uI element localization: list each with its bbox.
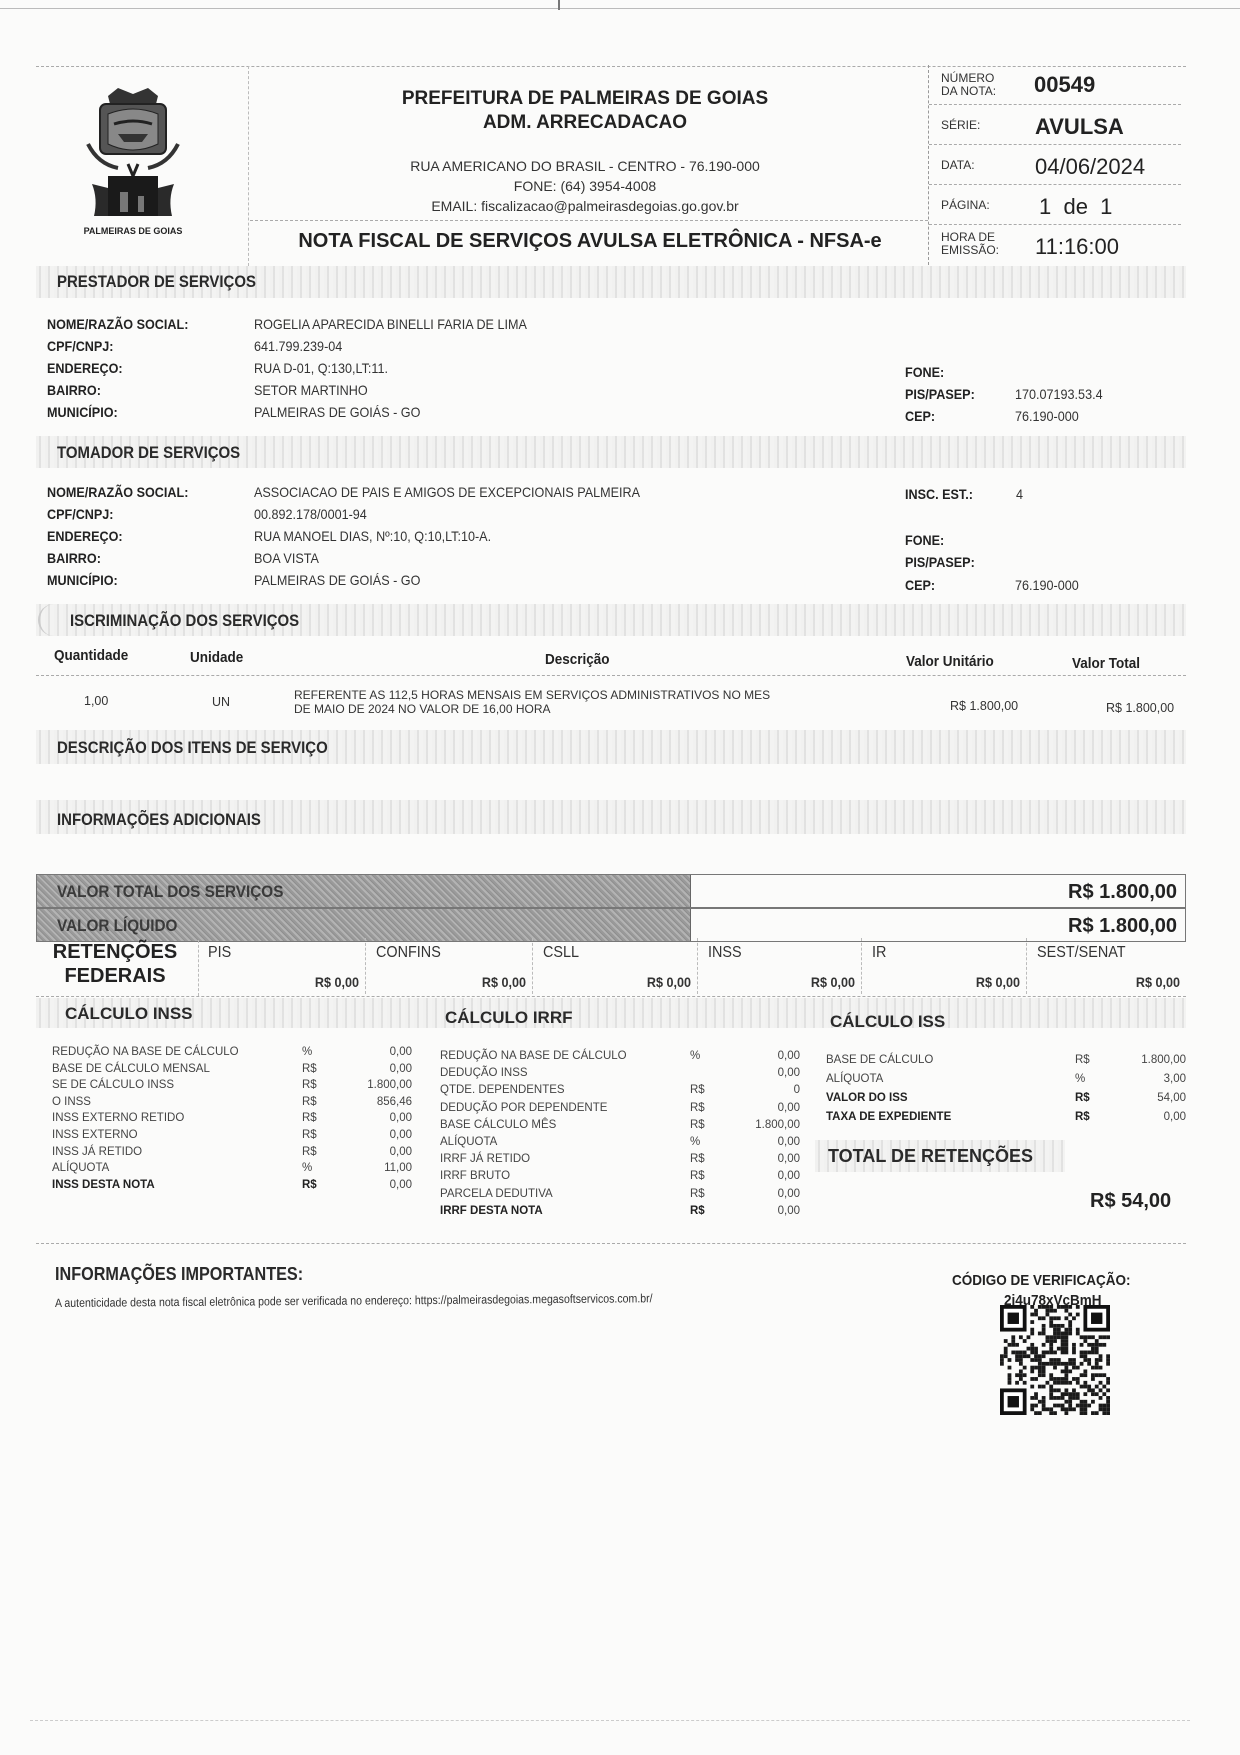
row-descricao-line2: DE MAIO DE 2024 NO VALOR DE 16,00 HORA (294, 702, 551, 716)
retencoes-title: RETENÇÕESFEDERAIS (40, 940, 190, 988)
divider (250, 220, 928, 221)
serie-label: SÉRIE: (941, 119, 980, 132)
meta-data: DATA: 04/06/2024 (929, 145, 1181, 185)
divider (36, 1243, 1186, 1244)
calc-value: 0,00 (720, 1188, 800, 1200)
retencao-value: R$ 0,00 (315, 974, 359, 990)
tomador-municipio: PALMEIRAS DE GOIÁS - GO (254, 572, 420, 588)
calc-value: 0,00 (720, 1067, 800, 1079)
org-email: EMAIL: fiscalizacao@palmeirasdegoias.go.… (330, 198, 840, 214)
prestador-endereco: RUA D-01, Q:130,LT:11. (254, 360, 388, 376)
org-department: ADM. ARRECADACAO (330, 112, 840, 134)
calc-value: 0,00 (720, 1136, 800, 1148)
calc-unit: % (302, 1046, 312, 1058)
prestador-cep-label: CEP: (905, 408, 935, 424)
section-band (36, 998, 1186, 1028)
document-title: NOTA FISCAL DE SERVIÇOS AVULSA ELETRÔNIC… (280, 230, 900, 253)
tomador-nome-label: NOME/RAZÃO SOCIAL: (47, 484, 188, 500)
calc-unit: % (302, 1162, 312, 1174)
tomador-title: TOMADOR DE SERVIÇOS (57, 443, 240, 463)
tomador-insc: 4 (1016, 486, 1023, 502)
valor-liquido-label: VALOR LÍQUIDO (57, 916, 177, 936)
informacoes-importantes-title: INFORMAÇÕES IMPORTANTES: (55, 1264, 303, 1285)
tomador-endereco: RUA MANOEL DIAS, Nº:10, Q:10,LT:10-A. (254, 528, 491, 544)
calc-unit: R$ (1075, 1092, 1090, 1104)
retencao-value: R$ 0,00 (1136, 974, 1180, 990)
calc-value: 54,00 (1106, 1092, 1186, 1104)
calc-unit: % (690, 1136, 700, 1148)
valor-total-row: VALOR TOTAL DOS SERVIÇOS R$ 1.800,00 (36, 874, 1186, 908)
calc-label: ALÍQUOTA (52, 1162, 109, 1174)
prestador-bairro: SETOR MARTINHO (254, 382, 368, 398)
retencao-pis: PISR$ 0,00 (198, 938, 366, 994)
calc-label: PARCELA DEDUTIVA (440, 1188, 553, 1200)
valor-liquido-value: R$ 1.800,00 (1068, 915, 1177, 938)
org-name: PREFEITURA DE PALMEIRAS DE GOIAS (330, 88, 840, 110)
valor-total-value: R$ 1.800,00 (1068, 881, 1177, 904)
calc-unit: R$ (302, 1179, 317, 1191)
calc-label: ALÍQUOTA (440, 1136, 497, 1148)
calc-unit: R$ (302, 1096, 317, 1108)
data-label: DATA: (941, 159, 975, 172)
calc-unit: R$ (302, 1079, 317, 1091)
col-quantidade: Quantidade (54, 647, 128, 664)
calc-label: DEDUÇÃO POR DEPENDENTE (440, 1102, 607, 1114)
tomador-bairro-label: BAIRRO: (47, 550, 101, 566)
calc-unit: R$ (690, 1205, 705, 1217)
calculo-iss-title: CÁLCULO ISS (830, 1012, 945, 1032)
total-retencoes-value: R$ 54,00 (1090, 1190, 1171, 1213)
calc-unit: R$ (690, 1084, 705, 1096)
calc-unit: R$ (302, 1063, 317, 1075)
calc-unit: % (690, 1050, 700, 1062)
calc-value: 0,00 (720, 1205, 800, 1217)
total-retencoes-title: TOTAL DE RETENÇÕES (828, 1146, 1033, 1167)
divider (36, 675, 1186, 676)
calc-label: BASE DE CÁLCULO (826, 1054, 933, 1066)
calc-label: INSS EXTERNO (52, 1129, 138, 1141)
calc-label: BASE CÁLCULO MÊS (440, 1119, 556, 1131)
col-unidade: Unidade (190, 649, 243, 666)
divider (248, 66, 249, 266)
scan-top-edge (0, 8, 1240, 9)
calc-value: 11,00 (332, 1162, 412, 1174)
calc-value: 0,00 (332, 1063, 412, 1075)
calc-value: 0,00 (332, 1179, 412, 1191)
prestador-fone-label: FONE: (905, 364, 944, 380)
calc-unit: R$ (690, 1153, 705, 1165)
row-unidade: UN (212, 695, 230, 709)
prestador-pis-label: PIS/PASEP: (905, 386, 975, 402)
calc-value: 0 (720, 1084, 800, 1096)
calc-unit: R$ (690, 1119, 705, 1131)
tomador-cep-label: CEP: (905, 577, 935, 593)
col-descricao: Descrição (545, 651, 610, 668)
calc-value: 0,00 (720, 1170, 800, 1182)
retencao-inss: INSSR$ 0,00 (698, 938, 862, 994)
tomador-cpf-label: CPF/CNPJ: (47, 506, 114, 522)
meta-serie: SÉRIE: AVULSA (929, 105, 1181, 145)
pagina-label: PÁGINA: (941, 199, 990, 212)
retencao-value: R$ 0,00 (647, 974, 691, 990)
divider (36, 996, 1186, 997)
tomador-fone-label: FONE: (905, 532, 944, 548)
calc-value: 1.800,00 (1106, 1054, 1186, 1066)
col-valor-unitario: Valor Unitário (906, 653, 994, 670)
calc-value: 0,00 (332, 1129, 412, 1141)
retencao-confins: CONFINSR$ 0,00 (366, 938, 533, 994)
calc-label: REDUÇÃO NA BASE DE CÁLCULO (440, 1050, 627, 1062)
calc-label: IRRF DESTA NOTA (440, 1205, 543, 1217)
prestador-cpf-label: CPF/CNPJ: (47, 338, 114, 354)
calc-label: REDUÇÃO NA BASE DE CÁLCULO (52, 1046, 239, 1058)
calc-value: 1.800,00 (332, 1079, 412, 1091)
logo-caption: PALMEIRAS DE GOIAS (70, 226, 196, 236)
calculo-inss-title: CÁLCULO INSS (65, 1004, 193, 1024)
calculo-irrf-title: CÁLCULO IRRF (445, 1008, 572, 1028)
org-phone: FONE: (64) 3954-4008 (330, 178, 840, 194)
calc-value: 1.800,00 (720, 1119, 800, 1131)
row-valor-unitario: R$ 1.800,00 (950, 699, 1018, 713)
servicos-title: ISCRIMINAÇÃO DOS SERVIÇOS (70, 611, 299, 631)
retencao-name: IR (872, 944, 886, 962)
prestador-nome: ROGELIA APARECIDA BINELLI FARIA DE LIMA (254, 316, 527, 332)
prestador-bairro-label: BAIRRO: (47, 382, 101, 398)
retencao-sest-senat: SEST/SENATR$ 0,00 (1027, 938, 1186, 994)
calc-unit: % (1075, 1073, 1085, 1085)
row-descricao-line1: REFERENTE AS 112,5 HORAS MENSAIS EM SERV… (294, 688, 770, 702)
row-valor-total: R$ 1.800,00 (1106, 701, 1174, 715)
calc-value: 3,00 (1106, 1073, 1186, 1085)
page-bottom-edge (30, 1720, 1190, 1721)
hora-label: HORA DEEMISSÃO: (941, 231, 999, 257)
prestador-cep: 76.190-000 (1015, 408, 1079, 424)
calc-value: 0,00 (720, 1102, 800, 1114)
calc-value: 0,00 (1106, 1111, 1186, 1123)
prestador-title: PRESTADOR DE SERVIÇOS (57, 272, 256, 292)
retencao-ir: IRR$ 0,00 (862, 938, 1027, 994)
calc-unit: R$ (302, 1129, 317, 1141)
tomador-insc-label: INSC. EST.: (905, 486, 973, 502)
retencao-csll: CSLLR$ 0,00 (533, 938, 698, 994)
col-valor-total: Valor Total (1072, 655, 1140, 672)
retencao-name: PIS (208, 944, 231, 962)
retencao-name: INSS (708, 944, 742, 962)
valor-total-label: VALOR TOTAL DOS SERVIÇOS (57, 882, 283, 902)
calc-unit: R$ (690, 1170, 705, 1182)
calc-label: TAXA DE EXPEDIENTE (826, 1111, 951, 1123)
prestador-municipio: PALMEIRAS DE GOIÁS - GO (254, 404, 420, 420)
calc-unit: R$ (1075, 1054, 1090, 1066)
punch-hole-mark (38, 604, 68, 636)
calc-label: INSS DESTA NOTA (52, 1179, 155, 1191)
prestador-cpf: 641.799.239-04 (254, 338, 342, 354)
calc-unit: R$ (690, 1188, 705, 1200)
calc-label: INSS EXTERNO RETIDO (52, 1112, 184, 1124)
calc-value: 0,00 (720, 1050, 800, 1062)
data-value: 04/06/2024 (1035, 154, 1145, 180)
tomador-nome: ASSOCIACAO DE PAIS E AMIGOS DE EXCEPCION… (254, 484, 640, 500)
calc-label: QTDE. DEPENDENTES (440, 1084, 565, 1096)
descricao-itens-title: DESCRIÇÃO DOS ITENS DE SERVIÇO (57, 738, 328, 758)
prestador-endereco-label: ENDEREÇO: (47, 360, 123, 376)
calc-label: IRRF BRUTO (440, 1170, 510, 1182)
calc-label: INSS JÁ RETIDO (52, 1146, 142, 1158)
numero-label: NÚMERODA NOTA: (941, 72, 996, 98)
tomador-cep: 76.190-000 (1015, 577, 1079, 593)
tomador-pis-label: PIS/PASEP: (905, 554, 975, 570)
calc-label: BASE DE CÁLCULO MENSAL (52, 1063, 210, 1075)
row-quantidade: 1,00 (84, 694, 108, 708)
prestador-pis: 170.07193.53.4 (1015, 386, 1103, 402)
calc-label: DEDUÇÃO INSS (440, 1067, 528, 1079)
calc-unit: R$ (1075, 1111, 1090, 1123)
nfsa-document-page: PALMEIRAS DE GOIAS PREFEITURA DE PALMEIR… (0, 0, 1240, 1755)
verification-label: CÓDIGO DE VERIFICAÇÃO: (952, 1272, 1131, 1289)
prestador-municipio-label: MUNICÍPIO: (47, 404, 118, 420)
calc-value: 0,00 (332, 1112, 412, 1124)
scan-mark (558, 0, 560, 10)
calc-label: SE DE CÁLCULO INSS (52, 1079, 174, 1091)
calc-value: 0,00 (332, 1146, 412, 1158)
retencao-value: R$ 0,00 (976, 974, 1020, 990)
meta-pagina: PÁGINA: 1 de 1 (929, 185, 1181, 225)
note-metadata-box: NÚMERODA NOTA: 00549 SÉRIE: AVULSA DATA:… (928, 65, 1180, 265)
retencao-value: R$ 0,00 (482, 974, 526, 990)
calc-label: VALOR DO ISS (826, 1092, 908, 1104)
qr-code-icon[interactable] (1000, 1305, 1110, 1415)
hora-value: 11:16:00 (1035, 234, 1119, 260)
retencao-name: CSLL (543, 944, 579, 962)
pagina-value: 1 de 1 (1039, 194, 1112, 220)
numero-value: 00549 (1034, 72, 1095, 98)
tomador-endereco-label: ENDEREÇO: (47, 528, 123, 544)
prestador-nome-label: NOME/RAZÃO SOCIAL: (47, 316, 188, 332)
informacoes-adicionais-title: INFORMAÇÕES ADICIONAIS (57, 810, 261, 830)
authenticity-text: A autenticidade desta nota fiscal eletrô… (55, 1291, 653, 1310)
valor-liquido-row: VALOR LÍQUIDO R$ 1.800,00 (36, 908, 1186, 942)
calc-unit: R$ (690, 1102, 705, 1114)
retencao-value: R$ 0,00 (811, 974, 855, 990)
tomador-municipio-label: MUNICÍPIO: (47, 572, 118, 588)
retencao-name: CONFINS (376, 944, 441, 962)
calc-label: O INSS (52, 1096, 91, 1108)
municipal-coat-of-arms-icon (78, 84, 188, 242)
calc-value: 0,00 (720, 1153, 800, 1165)
tomador-bairro: BOA VISTA (254, 550, 319, 566)
calc-value: 856,46 (332, 1096, 412, 1108)
meta-numero: NÚMERODA NOTA: 00549 (929, 65, 1181, 105)
tomador-cpf: 00.892.178/0001-94 (254, 506, 367, 522)
retencao-name: SEST/SENAT (1037, 944, 1126, 962)
meta-hora: HORA DEEMISSÃO: 11:16:00 (929, 225, 1181, 265)
serie-value: AVULSA (1035, 114, 1124, 140)
calc-label: ALÍQUOTA (826, 1073, 883, 1085)
calc-value: 0,00 (332, 1046, 412, 1058)
calc-unit: R$ (302, 1112, 317, 1124)
calc-unit: R$ (302, 1146, 317, 1158)
calc-label: IRRF JÁ RETIDO (440, 1153, 530, 1165)
org-address: RUA AMERICANO DO BRASIL - CENTRO - 76.19… (330, 158, 840, 174)
